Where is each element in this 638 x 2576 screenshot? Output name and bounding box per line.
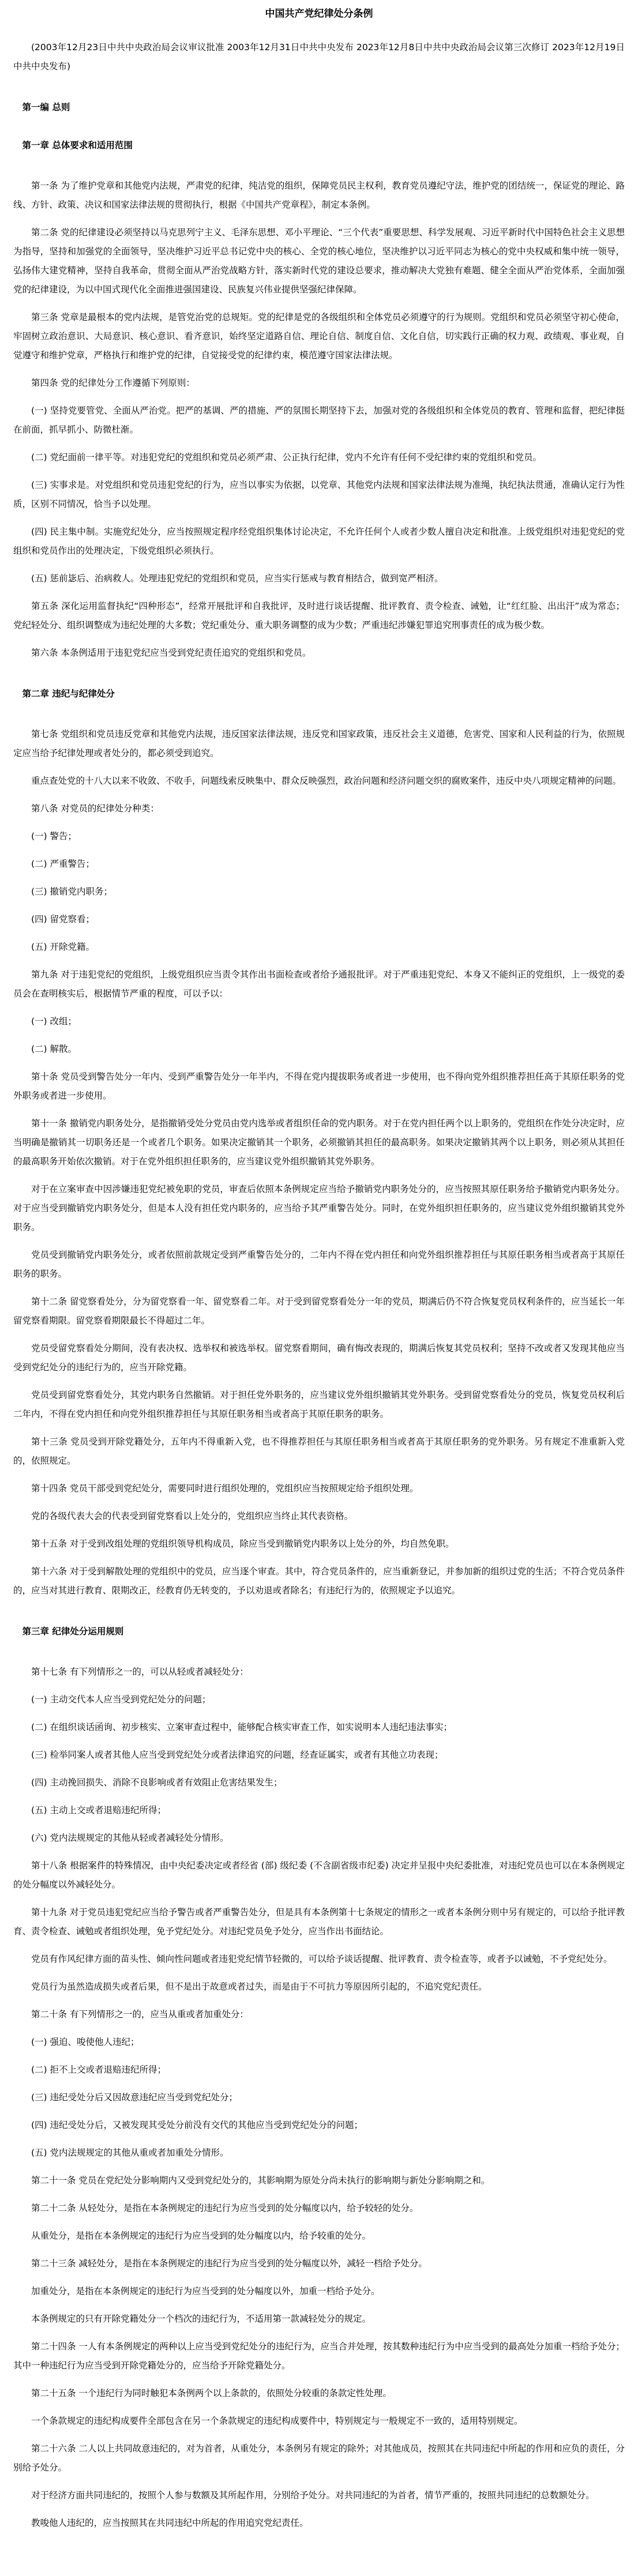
paragraph: (二) 在组织谈话函询、初步核实、立案审查过程中，能够配合核实审查工作，如实说明… (13, 1718, 625, 1737)
chapter-heading: 第一章 总体要求和适用范围 (13, 138, 625, 152)
paragraph: (一) 强迫、唆使他人违纪； (13, 2033, 625, 2052)
paragraph: 党的各级代表大会的代表受到留党察看以上处分的，党组织应当终止其代表资格。 (13, 1507, 625, 1526)
paragraph: 第一条 为了维护党章和其他党内法规，严肃党的纪律，纯洁党的组织，保障党员民主权利… (13, 176, 625, 215)
paragraph: 第十四条 党员干部受到党纪处分，需要同时进行组织处理的，党组织应当按照规定给予组… (13, 1479, 625, 1498)
paragraph: 第二十三条 减轻处分，是指在本条例规定的违纪行为应当受到的处分幅度以外，减轻一档… (13, 2254, 625, 2273)
paragraph: 第二条 党的纪律建设必须坚持以马克思列宁主义、毛泽东思想、邓小平理论、“三个代表… (13, 223, 625, 299)
paragraph: (二) 严重警告； (13, 855, 625, 874)
paragraph: (六) 党内法规规定的其他从轻或者减轻处分情形。 (13, 1829, 625, 1848)
paragraph: (二) 党纪面前一律平等。对违犯党纪的党组织和党员必须严肃、公正执行纪律，党内不… (13, 448, 625, 467)
paragraph: (三) 违纪受处分后又因故意违纪应当受到党纪处分； (13, 2088, 625, 2107)
paragraph: (四) 民主集中制。实施党纪处分，应当按照规定程序经党组织集体讨论决定，不允许任… (13, 522, 625, 561)
chapter-heading: 第三章 纪律处分运用规则 (13, 1624, 625, 1638)
paragraph: 第二十四条 一人有本条例规定的两种以上应当受到党纪处分的违纪行为，应当合并处理，… (13, 2337, 625, 2375)
paragraph: 党员有作风纪律方面的苗头性、倾向性问题或者违犯党纪情节轻微的，可以给予谈话提醒、… (13, 1950, 625, 1969)
paragraph: 第十条 党员受到警告处分一年内、受到严重警告处分一年半内，不得在党内提拔职务或者… (13, 1067, 625, 1105)
paragraph: 第九条 对于违犯党纪的党组织，上级党组织应当责令其作出书面检查或者给予通报批评。… (13, 965, 625, 1003)
paragraph: 第十九条 对于党员违犯党纪应当给予警告或者严重警告处分，但是具有本条例第十七条规… (13, 1903, 625, 1941)
paragraph: (四) 违纪受处分后，又被发现其受处分前没有交代的其他应当受到党纪处分的问题； (13, 2116, 625, 2135)
paragraph: 党员行为虽然造成损失或者后果，但不是出于故意或者过失，而是由于不可抗力等原因所引… (13, 1977, 625, 1996)
paragraph: 第三条 党章是最根本的党内法规，是管党治党的总规矩。党的纪律是党的各级组织和全体… (13, 308, 625, 365)
paragraph: 从重处分，是指在本条例规定的违纪行为应当受到的处分幅度以内，给予较重的处分。 (13, 2227, 625, 2246)
paragraph: 第二十一条 党员在党纪处分影响期内又受到党纪处分的，其影响期为原处分尚未执行的影… (13, 2171, 625, 2190)
paragraph: (三) 检举同案人或者其他人应当受到党纪处分或者法律追究的问题，经查证属实，或者… (13, 1746, 625, 1765)
paragraph: 一个条款规定的违纪构成要件全部包含在另一个条款规定的违纪构成要件中，特别规定与一… (13, 2412, 625, 2431)
paragraph: 第二十二条 从轻处分，是指在本条例规定的违纪行为应当受到的处分幅度以内，给予较轻… (13, 2199, 625, 2218)
paragraph: (一) 改组； (13, 1012, 625, 1031)
paragraph: (四) 主动挽回损失、消除不良影响或者有效阻止危害结果发生； (13, 1773, 625, 1792)
paragraph: 党员受留党察看处分期间，没有表决权、选举权和被选举权。留党察看期间，确有悔改表现… (13, 1339, 625, 1377)
paragraph: (五) 开除党籍。 (13, 938, 625, 957)
paragraph: 第十八条 根据案件的特殊情况，由中央纪委决定或者经省 (部) 级纪委 (不含副省… (13, 1856, 625, 1894)
paragraph: 第八条 对党员的纪律处分种类： (13, 799, 625, 818)
paragraph: 第十七条 有下列情形之一的，可以从轻或者减轻处分： (13, 1663, 625, 1682)
paragraph: 第六条 本条例适用于违犯党纪应当受到党纪责任追究的党组织和党员。 (13, 644, 625, 663)
paragraph: (一) 警告； (13, 827, 625, 846)
paragraph: 对于经济方面共同违纪的，按照个人参与数额及其所起作用，分别给予处分。对共同违纪的… (13, 2486, 625, 2505)
paragraph: (四) 留党察看； (13, 910, 625, 929)
paragraph: (一) 坚持党要管党、全面从严治党。把严的基调、严的措施、严的氛围长期坚持下去，… (13, 401, 625, 439)
part-heading: 第一编 总则 (13, 100, 625, 114)
document-preamble: (2003年12月23日中共中央政治局会议审议批准 2003年12月31日中共中… (13, 38, 625, 76)
paragraph: 第十六条 对于受到解散处理的党组织中的党员，应当逐个审查。其中，符合党员条件的，… (13, 1562, 625, 1600)
document-page: 中国共产党纪律处分条例 (2003年12月23日中共中央政治局会议审议批准 20… (0, 0, 638, 2576)
paragraph: 第十五条 对于受到改组处理的党组织领导机构成员，除应当受到撤销党内职务以上处分的… (13, 1535, 625, 1554)
paragraph: 第十二条 留党察看处分，分为留党察看一年、留党察看二年。对于受到留党察看处分一年… (13, 1292, 625, 1330)
paragraph: (二) 拒不上交或者退赔违纪所得； (13, 2060, 625, 2079)
paragraph: 第十一条 撤销党内职务处分，是指撤销受处分党员由党内选举或者组织任命的党内职务。… (13, 1114, 625, 1171)
paragraph: 对于在立案审查中因涉嫌违犯党纪被免职的党员，审查后依照本条例规定应当给予撤销党内… (13, 1180, 625, 1237)
chapter-heading: 第二章 违纪与纪律处分 (13, 687, 625, 701)
paragraph: 本条例规定的只有开除党籍处分一个档次的违纪行为，不适用第一款减轻处分的规定。 (13, 2310, 625, 2329)
document-title: 中国共产党纪律处分条例 (13, 7, 625, 21)
paragraph: 第二十五条 一个违纪行为同时触犯本条例两个以上条款的，依照处分较重的条款定性处理… (13, 2384, 625, 2403)
paragraph: (五) 党内法规规定的其他从重或者加重处分情形。 (13, 2143, 625, 2163)
paragraph: 加重处分，是指在本条例规定的违纪行为应当受到的处分幅度以外，加重一档给予处分。 (13, 2282, 625, 2301)
paragraph: (二) 解散。 (13, 1040, 625, 1059)
paragraph: (三) 撤销党内职务； (13, 882, 625, 901)
document-body: 第一编 总则第一章 总体要求和适用范围第一条 为了维护党章和其他党内法规，严肃党… (13, 100, 625, 2533)
paragraph: (三) 实事求是。对党组织和党员违犯党纪的行为，应当以事实为依据，以党章、其他党… (13, 476, 625, 514)
paragraph: 重点查处党的十八大以来不收敛、不收手，问题线索反映集中、群众反映强烈，政治问题和… (13, 772, 625, 791)
paragraph: 第二十六条 二人以上共同故意违纪的，对为首者，从重处分，本条例另有规定的除外；对… (13, 2439, 625, 2477)
paragraph: (五) 惩前毖后、治病救人。处理违犯党纪的党组织和党员，应当实行惩戒与教育相结合… (13, 569, 625, 588)
paragraph: 第五条 深化运用监督执纪“四种形态”，经常开展批评和自我批评，及时进行谈话提醒、… (13, 597, 625, 635)
paragraph: 党员受到留党察看处分，其党内职务自然撤销。对于担任党外职务的，应当建议党外组织撤… (13, 1386, 625, 1424)
paragraph: 教唆他人违纪的，应当按照其在共同违纪中所起的作用追究党纪责任。 (13, 2514, 625, 2533)
paragraph: (一) 主动交代本人应当受到党纪处分的问题； (13, 1690, 625, 1709)
paragraph: 第二十条 有下列情形之一的，应当从重或者加重处分： (13, 2005, 625, 2024)
paragraph: 第十三条 党员受到开除党籍处分，五年内不得重新入党，也不得推荐担任与其原任职务相… (13, 1432, 625, 1471)
paragraph: 第四条 党的纪律处分工作遵循下列原则： (13, 374, 625, 393)
paragraph: 党员受到撤销党内职务处分，或者依照前款规定受到严重警告处分的，二年内不得在党内担… (13, 1246, 625, 1284)
paragraph: 第七条 党组织和党员违反党章和其他党内法规，违反国家法律法规，违反党和国家政策，… (13, 725, 625, 763)
paragraph: (五) 主动上交或者退赔违纪所得； (13, 1801, 625, 1820)
